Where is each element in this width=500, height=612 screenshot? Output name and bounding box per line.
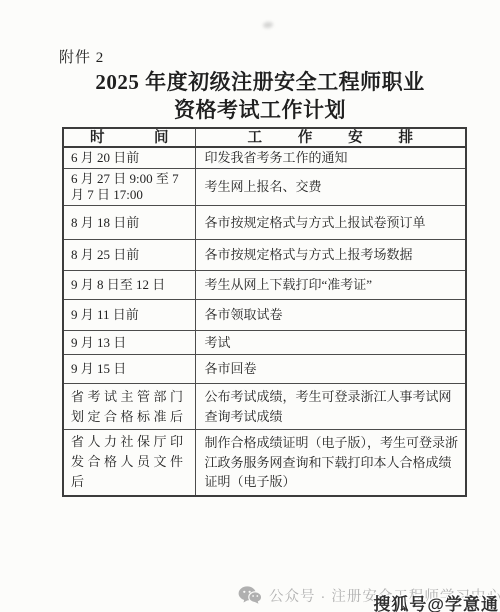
attachment-label: 附件 2 [59,46,104,67]
table-row: 9 月 15 日 各市回卷 [63,355,466,384]
page-title-line-2: 资格考试工作计划 [40,96,480,124]
page-title-line-1: 2025 年度初级注册安全工程师职业 [40,68,480,96]
table-row: 省考试主管部门划定合格标准后 公布考试成绩，考生可登录浙江人事考试网查询考试成绩 [63,384,466,430]
task-cell: 各市按规定格式与方式上报考场数据 [195,240,466,271]
header-task: 工作安排 [195,128,466,147]
table-row: 6 月 27 日 9:00 至 7 月 7 日 17:00 考生网上报名、交费 [63,169,466,206]
schedule-table: 时间 工作安排 6 月 20 日前 印发我省考务工作的通知 6 月 27 日 9… [62,127,467,497]
task-cell: 考生网上报名、交费 [195,169,466,206]
time-cell: 9 月 15 日 [63,355,195,384]
task-cell: 公布考试成绩，考生可登录浙江人事考试网查询考试成绩 [195,384,466,430]
time-cell: 9 月 11 日前 [63,300,195,331]
time-cell: 6 月 20 日前 [63,147,195,169]
table-row: 9 月 13 日 考试 [63,331,466,355]
task-cell: 印发我省考务工作的通知 [195,147,466,169]
table-row: 省人力社保厅印发合格人员文件后 制作合格成绩证明（电子版），考生可登录浙江政务服… [63,430,466,496]
schedule-table-container: 时间 工作安排 6 月 20 日前 印发我省考务工作的通知 6 月 27 日 9… [62,127,465,497]
wechat-icon [238,586,262,605]
table-row: 8 月 18 日前 各市按规定格式与方式上报试卷预订单 [63,206,466,240]
time-cell: 9 月 8 日至 12 日 [63,271,195,300]
task-cell: 制作合格成绩证明（电子版），考生可登录浙江政务服务网查询和下载打印本人合格成绩证… [195,430,466,496]
time-cell: 9 月 13 日 [63,331,195,355]
task-cell: 各市回卷 [195,355,466,384]
header-time: 时间 [63,128,195,147]
task-cell: 各市按规定格式与方式上报试卷预订单 [195,206,466,240]
time-cell: 省考试主管部门划定合格标准后 [63,384,195,430]
task-cell: 各市领取试卷 [195,300,466,331]
table-row: 8 月 25 日前 各市按规定格式与方式上报考场数据 [63,240,466,271]
document-page: 附件 2 2025 年度初级注册安全工程师职业 资格考试工作计划 时间 工作安排… [0,0,500,612]
time-cell: 6 月 27 日 9:00 至 7 月 7 日 17:00 [63,169,195,206]
table-row: 6 月 20 日前 印发我省考务工作的通知 [63,147,466,169]
time-cell: 省人力社保厅印发合格人员文件后 [63,430,195,496]
task-cell: 考生从网上下载打印“准考证” [195,271,466,300]
task-cell: 考试 [195,331,466,355]
page-title: 2025 年度初级注册安全工程师职业 资格考试工作计划 [40,68,480,124]
table-row: 9 月 11 日前 各市领取试卷 [63,300,466,331]
table-header-row: 时间 工作安排 [63,128,466,147]
table-row: 9 月 8 日至 12 日 考生从网上下载打印“准考证” [63,271,466,300]
scan-smudge [263,21,274,28]
sohu-watermark-label: 搜狐号@学意通 [373,590,499,612]
time-cell: 8 月 25 日前 [63,240,195,271]
time-cell: 8 月 18 日前 [63,206,195,240]
watermark-bar: 公众号 · 注册安全工程师学习中心 搜狐号@学意通 [0,582,500,612]
